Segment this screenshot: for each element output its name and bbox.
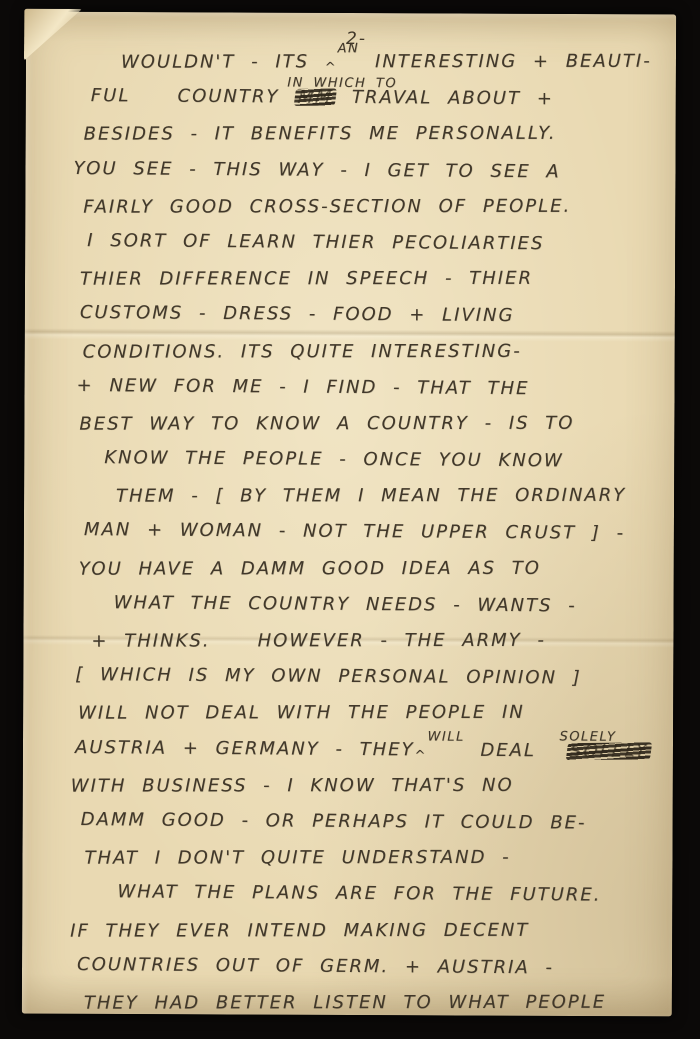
handwritten-line: KNOW THE PEOPLE - ONCE YOU KNOW: [104, 447, 674, 487]
handwritten-line: + THINKS. HOWEVER - THE ARMY -: [91, 630, 673, 667]
handwritten-line: IF THEY EVER INTEND MAKING DECENT: [70, 919, 672, 956]
line-text: + NEW FOR ME - I FIND - THAT THE: [77, 375, 530, 399]
line-text: BESIDES - IT BENEFITS ME PERSONALLY.: [84, 123, 557, 145]
handwritten-line: CONDITIONS. ITS QUITE INTERESTING-: [83, 340, 675, 377]
line-text: THEM - [ BY THEM I MEAN THE ORDINARY: [116, 485, 626, 507]
handwritten-line: WHAT THE COUNTRY NEEDS - WANTS -: [113, 592, 673, 632]
line-text: YOU HAVE A DAMM GOOD IDEA AS TO: [79, 557, 541, 579]
handwritten-line: COUNTRIES OUT OF GERM. + AUSTRIA -: [77, 954, 672, 994]
line-text: MAN + WOMAN - NOT THE UPPER CRUST ] -: [84, 520, 625, 545]
line-text: INTERESTING + BEAUTI-: [359, 51, 651, 73]
line-text: KNOW THE PEOPLE - ONCE YOU KNOW: [104, 447, 564, 471]
handwritten-line: MAN + WOMAN - NOT THE UPPER CRUST ] -: [84, 520, 674, 560]
scribbled-out-word: MM: [294, 89, 337, 107]
line-text: [ WHICH IS MY OWN PERSONAL OPINION ]: [75, 664, 582, 689]
handwritten-line: FAIRLY GOOD CROSS-SECTION OF PEOPLE.: [83, 195, 675, 232]
photo-background: 2- WOULDN'T - ITS ^AN INTERESTING + BEAU…: [0, 0, 700, 1039]
handwritten-line: THEY HAD BETTER LISTEN TO WHAT PEOPLE: [84, 991, 672, 1028]
inserted-word: AN: [338, 41, 360, 56]
line-text: DEAL: [465, 739, 568, 761]
handwritten-line: + NEW FOR ME - I FIND - THAT THE: [76, 375, 674, 415]
line-text: THAT I DON'T QUITE UNDERSTAND -: [84, 847, 510, 869]
line-text: THEY HAD BETTER LISTEN TO WHAT PEOPLE: [84, 992, 606, 1014]
line-text: + THINKS. HOWEVER - THE ARMY -: [91, 630, 545, 652]
handwritten-line: YOU SEE - THIS WAY - I GET TO SEE A: [73, 158, 675, 198]
line-text: WILL NOT DEAL WITH THE PEOPLE IN: [78, 702, 525, 724]
line-text: DAMM GOOD - OR PERHAPS IT COULD BE-: [81, 809, 587, 834]
handwritten-line: WHAT THE PLANS ARE FOR THE FUTURE.: [117, 882, 672, 922]
handwritten-line: [ WHICH IS MY OWN PERSONAL OPINION ]: [75, 664, 673, 704]
scribbled-out-word: SOLELY: [566, 742, 653, 760]
line-text: AUSTRIA + GERMANY - THEY: [75, 737, 415, 760]
line-text: WHAT THE PLANS ARE FOR THE FUTURE.: [117, 882, 601, 906]
line-text: YOU SEE - THIS WAY - I GET TO SEE A: [73, 158, 560, 182]
handwritten-line: THAT I DON'T QUITE UNDERSTAND -: [84, 847, 672, 884]
handwritten-line: FUL COUNTRY IN WHICH TOMM TRAVAL ABOUT +: [91, 85, 676, 125]
line-text: BEST WAY TO KNOW A COUNTRY - IS TO: [79, 413, 574, 435]
line-text: FAIRLY GOOD CROSS-SECTION OF PEOPLE.: [83, 196, 571, 218]
line-text: CONDITIONS. ITS QUITE INTERESTING-: [83, 340, 522, 362]
handwritten-line: AUSTRIA + GERMANY - THEY^WILL DEAL SOLEL…: [75, 737, 673, 777]
handwritten-line: CUSTOMS - DRESS - FOOD + LIVING: [80, 302, 675, 342]
handwritten-line: I SORT OF LEARN THIER PECOLIARTIES: [87, 230, 675, 270]
line-text: IF THEY EVER INTEND MAKING DECENT: [70, 919, 529, 941]
inserted-word: WILL: [427, 729, 464, 744]
handwritten-line: WITH BUSINESS - I KNOW THAT'S NO: [71, 774, 673, 811]
line-text: WITH BUSINESS - I KNOW THAT'S NO: [71, 775, 514, 797]
handwritten-line: YOU HAVE A DAMM GOOD IDEA AS TO: [79, 557, 674, 594]
caret-mark: ^: [414, 748, 427, 763]
letter-page: 2- WOULDN'T - ITS ^AN INTERESTING + BEAU…: [22, 12, 676, 1017]
line-text: CUSTOMS - DRESS - FOOD + LIVING: [80, 302, 515, 326]
correction-stack: SOLELYSOLELY: [567, 740, 651, 762]
line-text: THIER DIFFERENCE IN SPEECH - THIER: [80, 268, 533, 290]
caret-mark: ^: [325, 60, 338, 75]
line-text: FUL COUNTRY: [91, 85, 295, 107]
line-text: I SORT OF LEARN THIER PECOLIARTIES: [87, 230, 544, 254]
handwritten-line: THEM - [ BY THEM I MEAN THE ORDINARY: [116, 485, 674, 522]
line-text: COUNTRIES OUT OF GERM. + AUSTRIA -: [77, 954, 554, 978]
line-text: WHAT THE COUNTRY NEEDS - WANTS -: [114, 592, 577, 616]
handwritten-line: BEST WAY TO KNOW A COUNTRY - IS TO: [79, 412, 674, 449]
line-text: WOULDN'T - ITS: [121, 51, 325, 72]
handwritten-line: WOULDN'T - ITS ^AN INTERESTING + BEAUTI-: [121, 51, 676, 88]
correction-stack: IN WHICH TOMM: [295, 87, 336, 108]
handwritten-line: BESIDES - IT BENEFITS ME PERSONALLY.: [84, 123, 676, 160]
letter-body: WOULDN'T - ITS ^AN INTERESTING + BEAUTI-…: [22, 50, 676, 1030]
handwritten-line: DAMM GOOD - OR PERHAPS IT COULD BE-: [81, 809, 673, 849]
handwritten-line: THIER DIFFERENCE IN SPEECH - THIER: [80, 268, 675, 305]
